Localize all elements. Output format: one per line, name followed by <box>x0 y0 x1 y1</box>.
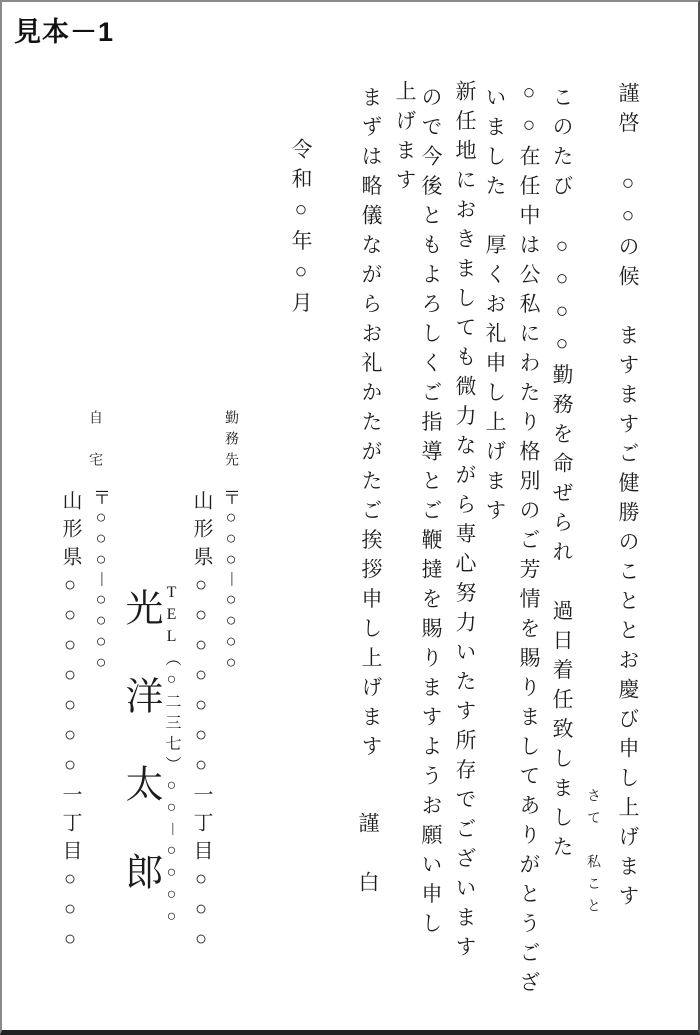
letter-body-line-2: ○○在任中は公私にわたり格別のご芳情を賜りましてありがとうござ <box>518 80 539 1001</box>
work-telephone: TEL（○二三七）○○－○○○○ <box>163 584 179 930</box>
sample-number-label: 見本－1 <box>14 10 114 49</box>
work-address: 山形県○○○○○○○一丁目○○○ <box>191 490 211 958</box>
work-address-label: 勤務先 <box>223 410 237 473</box>
tel-number: （○二三七）○○－○○○○ <box>163 650 180 930</box>
letter-body-line-7: まずは略儀ながらお礼かたがたご挨拶申し上げます <box>360 86 381 765</box>
letter-aside-note: さて 私こと <box>585 788 599 920</box>
letter-opening-line: 謹啓 ○○の候 ますますご健勝のこととお慶び申し上げます <box>617 82 638 914</box>
letter-body-line-5: ので今後ともよろしくご指導とご鞭撻を賜りますようお願い申し <box>420 86 441 942</box>
letter-body-line-6: 上げます <box>394 80 415 198</box>
sender-name: 光 洋 太 郎 <box>121 588 159 896</box>
letter-body-line-1: このたび ○○○○勤務を命ぜられ 過日着任致しました <box>551 86 572 865</box>
letter-body-line-3: いました 厚くお礼申し上げます <box>484 86 505 529</box>
document-page: 見本－1 謹啓 ○○の候 ますますご健勝のこととお慶び申し上げます さて 私こと… <box>0 0 700 1035</box>
letter-date: 令和○年○月 <box>290 138 311 321</box>
work-postal-code: 〒○○○－○○○○ <box>222 488 240 673</box>
tel-prefix: TEL <box>163 584 180 650</box>
home-address: 山形県○○○○○○○一丁目○○○ <box>60 490 80 958</box>
home-postal-code: 〒○○○－○○○○ <box>92 488 110 673</box>
letter-closing-word: 謹 白 <box>357 812 378 901</box>
home-address-label: 自 宅 <box>87 410 101 473</box>
letter-body-line-4: 新任地におきましても微力ながら専心努力いたす所存でございます <box>454 80 475 965</box>
